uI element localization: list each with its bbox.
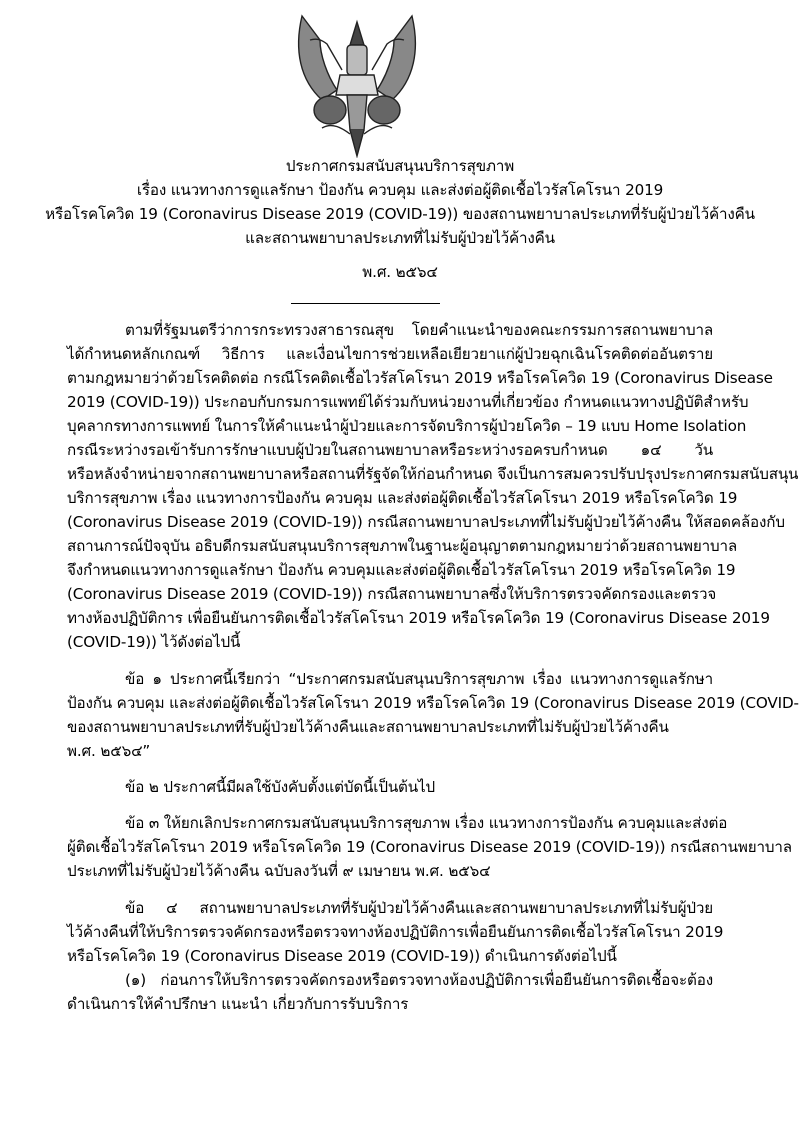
clause-line: ผู้ติดเชื้อไวรัสโคโรนา 2019 หรือโรคโควิด… [67,837,713,857]
subject-line-2: หรือโรคโควิด 19 (Coronavirus Disease 201… [0,204,800,224]
preamble-line: (Coronavirus Disease 2019 (COVID-19)) กร… [67,584,713,604]
clause-line: พ.ศ. ๒๕๖๔” [67,741,713,761]
preamble-line: หรือหลังจำหน่ายจากสถานพยาบาลหรือสถานที่ร… [67,464,713,484]
clause-line: ไว้ค้างคืนที่ให้บริการตรวจคัดกรองหรือตรว… [67,922,713,942]
clause-line: ประเภทที่ไม่รับผู้ป่วยไว้ค้างคืน ฉบับลงว… [67,861,713,881]
announcement-year: พ.ศ. ๒๕๖๔ [0,262,800,282]
subject-line-1: เรื่อง แนวทางการดูแลรักษา ป้องกัน ควบคุม… [0,180,800,200]
clause-line: ข้อ ๓ ให้ยกเลิกประกาศกรมสนับสนุนบริการสุ… [125,813,713,833]
preamble-line: ได้กำหนดหลักเกณฑ์ วิธีการ และเงื่อนไขการ… [67,344,713,364]
clause-line: ป้องกัน ควบคุม และส่งต่อผู้ติดเชื้อไวรัส… [67,693,713,713]
subject-line-3: และสถานพยาบาลประเภทที่ไม่รับผู้ป่วยไว้ค้… [0,228,800,248]
preamble-line: 2019 (COVID-19)) ประกอบกับกรมการแพทย์ได้… [67,392,713,412]
clause-line: ข้อ ๒ ประกาศนี้มีผลใช้บังคับตั้งแต่บัดนี… [125,777,713,797]
preamble-line: ทางห้องปฏิบัติการ เพื่อยืนยันการติดเชื้อ… [67,608,713,628]
header-divider [291,303,440,304]
document-page: ประกาศกรมสนับสนุนบริการสุขภาพ เรื่อง แนว… [0,0,800,1141]
preamble-line: บุคลากรทางการแพทย์ ในการให้คำแนะนำผู้ป่ว… [67,416,713,436]
preamble-line: (Coronavirus Disease 2019 (COVID-19)) กร… [67,512,713,532]
garuda-emblem-icon [292,10,422,158]
preamble-line: จึงกำหนดแนวทางการดูแลรักษา ป้องกัน ควบคุ… [67,560,713,580]
preamble-line: สถานการณ์ปัจจุบัน อธิบดีกรมสนับสนุนบริกา… [67,536,713,556]
sub-item-line: ดำเนินการให้คำปรึกษา แนะนำ เกี่ยวกับการร… [67,994,713,1014]
preamble-line: ตามที่รัฐมนตรีว่าการกระทรวงสาธารณสุข โดย… [125,320,713,340]
preamble-line: กรณีระหว่างรอเข้ารับการรักษาแบบผู้ป่วยใน… [67,440,713,460]
announcement-title: ประกาศกรมสนับสนุนบริการสุขภาพ [0,156,800,176]
clause-line: หรือโรคโควิด 19 (Coronavirus Disease 201… [67,946,713,966]
clause-line: ข้อ ๑ ประกาศนี้เรียกว่า “ประกาศกรมสนับสน… [125,669,713,689]
sub-item-line: (๑) ก่อนการให้บริการตรวจคัดกรองหรือตรวจท… [125,970,713,990]
preamble-line: บริการสุขภาพ เรื่อง แนวทางการป้องกัน ควบ… [67,488,713,508]
clause-line: ของสถานพยาบาลประเภทที่รับผู้ป่วยไว้ค้างค… [67,717,713,737]
preamble-line: (COVID-19)) ไว้ดังต่อไปนี้ [67,632,713,652]
clause-line: ข้อ ๔ สถานพยาบาลประเภทที่รับผู้ป่วยไว้ค้… [125,898,713,918]
preamble-line: ตามกฎหมายว่าด้วยโรคติดต่อ กรณีโรคติดเชื้… [67,368,713,388]
